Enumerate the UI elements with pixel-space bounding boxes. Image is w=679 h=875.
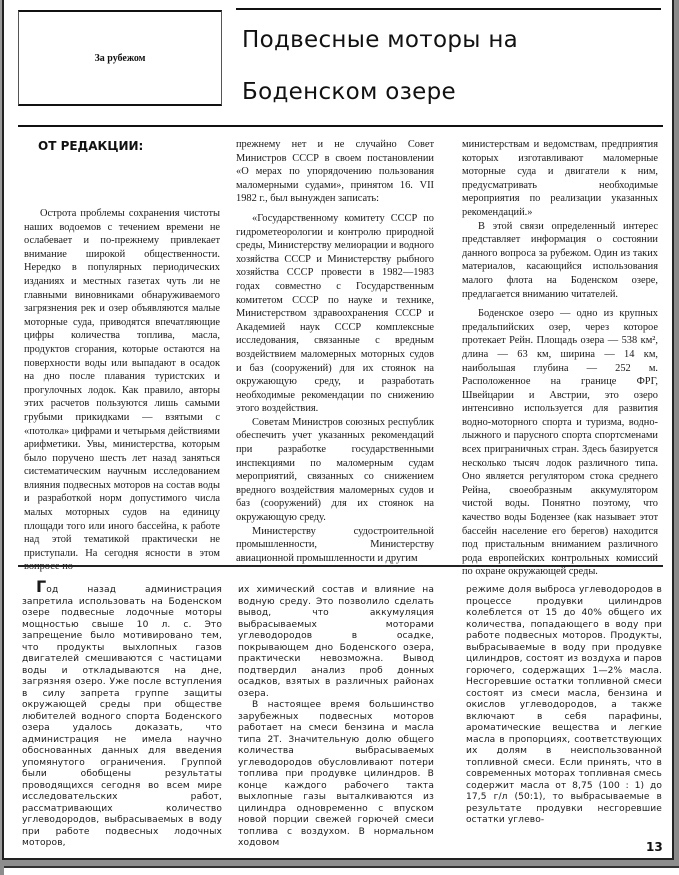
magazine-page: За рубежом Подвесные моторы на Боденском… — [2, 0, 674, 860]
title-line-1: Подвесные моторы на — [242, 14, 662, 66]
rubric-box: За рубежом — [18, 10, 222, 106]
next-page-edge — [4, 866, 679, 875]
editorial-heading: ОТ РЕДАКЦИИ: — [38, 139, 143, 153]
quote-paragraph: министерствам и ведомствам, предприятия … — [462, 138, 658, 220]
paragraph: прежнему нет и не случайно Совет Министр… — [236, 138, 434, 206]
editorial-column-1: Острота проблемы сохранения чистоты наши… — [24, 207, 220, 574]
paragraph: В этой связи определенный интерес предст… — [462, 220, 658, 302]
title-line-2: Боденском озере — [242, 66, 662, 118]
section-divider — [18, 565, 663, 567]
quote-paragraph: Советам Министров союзных республик обес… — [236, 416, 434, 525]
editorial-column-3: министерствам и ведомствам, предприятия … — [462, 138, 658, 579]
editorial-column-2: прежнему нет и не случайно Совет Министр… — [236, 138, 434, 565]
paragraph: Боденское озеро — одно из крупных предал… — [462, 307, 658, 579]
paragraph: их химический состав и влияние на водную… — [238, 585, 434, 700]
paragraph: режиме доля выброса углеводородов в проц… — [466, 585, 662, 827]
article-title: Подвесные моторы на Боденском озере — [242, 14, 662, 118]
article-column-1: Год назад администрация запретила исполь… — [22, 582, 222, 850]
drop-cap: Г — [36, 577, 46, 596]
article-column-3: режиме доля выброса углеводородов в проц… — [466, 585, 662, 827]
paragraph: од назад администрация запретила использ… — [22, 585, 222, 848]
title-rule-top — [236, 8, 661, 10]
quote-paragraph: Министерству судостроительной промышленн… — [236, 525, 434, 566]
page-number: 13 — [646, 840, 663, 854]
paragraph: В настоящее время большинство зарубежных… — [238, 700, 434, 850]
quote-paragraph: «Государственному комитету СССР по гидро… — [236, 212, 434, 416]
header-divider — [18, 125, 663, 127]
article-column-2: их химический состав и влияние на водную… — [238, 585, 434, 850]
rubric-label: За рубежом — [94, 53, 145, 64]
paragraph: Острота проблемы сохранения чистоты наши… — [24, 207, 220, 574]
